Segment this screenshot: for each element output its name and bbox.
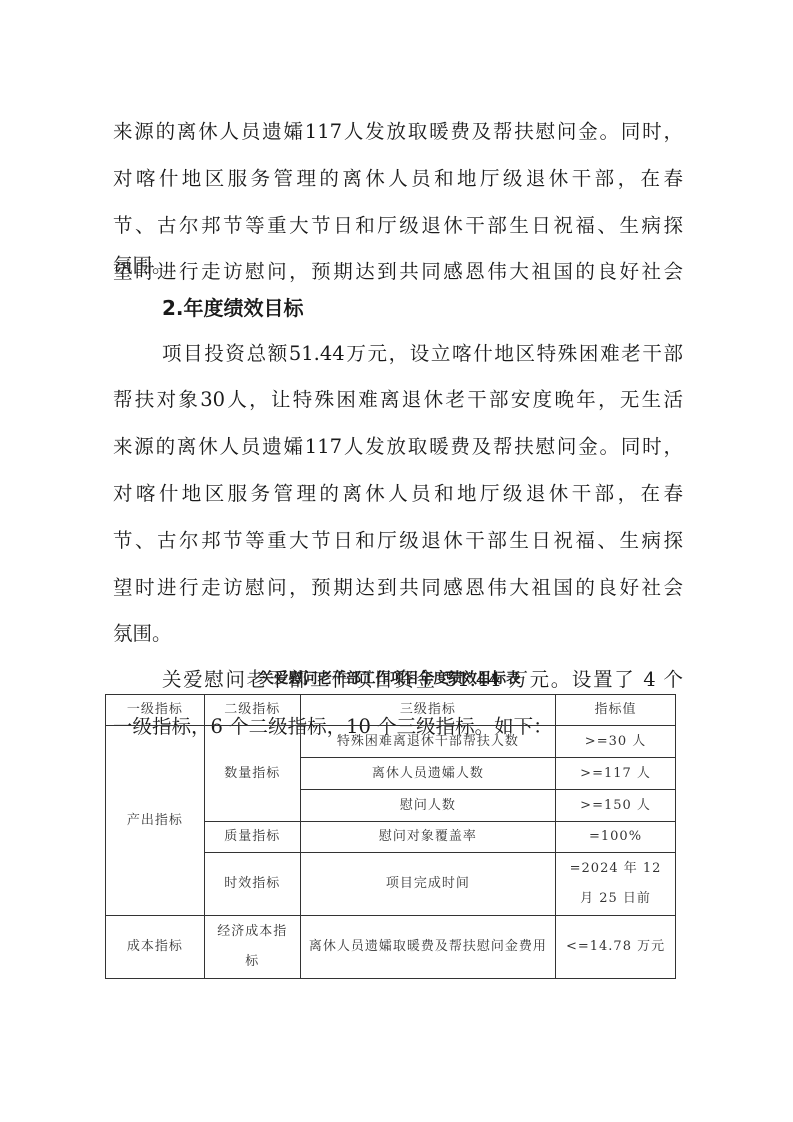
performance-target-table: 一级指标 二级指标 三级指标 指标值 产出指标 数量指标 特殊困难离退休干部帮扶… — [105, 694, 676, 979]
body-text-line: 氛围。 — [113, 252, 683, 280]
value-cell: >=117 人 — [556, 758, 676, 790]
body-text-line: 来源的离休人员遗孀117人发放取暖费及帮扶慰问金。同时， — [113, 118, 683, 146]
level2-cell: 数量指标 — [204, 726, 300, 822]
table-row: 成本指标 经济成本指标 离休人员遗孀取暖费及帮扶慰问金费用 <=14.78 万元 — [106, 916, 676, 979]
table-caption: 关爱慰问老干部工作项目年度绩效目标表 — [105, 667, 675, 688]
header-level1: 一级指标 — [106, 695, 205, 726]
header-level3: 三级指标 — [300, 695, 555, 726]
body-text-line: 来源的离休人员遗孀117人发放取暖费及帮扶慰问金。同时， — [113, 433, 683, 461]
header-level2: 二级指标 — [204, 695, 300, 726]
value-cell: =100% — [556, 822, 676, 853]
level1-cell: 成本指标 — [106, 916, 205, 979]
level1-cell: 产出指标 — [106, 726, 205, 916]
section-heading: 2.年度绩效目标 — [162, 294, 304, 322]
body-text-line: 对喀什地区服务管理的离休人员和地厅级退休干部，在春 — [113, 165, 683, 193]
level3-cell: 离休人员遗孀人数 — [300, 758, 555, 790]
body-text-line: 节、古尔邦节等重大节日和厅级退休干部生日祝福、生病探 — [113, 527, 683, 555]
body-text-line: 望时进行走访慰问，预期达到共同感恩伟大祖国的良好社会 — [113, 574, 683, 602]
level3-cell: 慰问对象覆盖率 — [300, 822, 555, 853]
body-text-line: 对喀什地区服务管理的离休人员和地厅级退休干部，在春 — [113, 480, 683, 508]
body-text-line: 氛围。 — [113, 620, 683, 648]
level3-cell: 项目完成时间 — [300, 853, 555, 916]
value-cell: =2024 年 12 月 25 日前 — [556, 853, 676, 916]
level2-cell: 经济成本指标 — [204, 916, 300, 979]
value-cell: >=150 人 — [556, 790, 676, 822]
header-value: 指标值 — [556, 695, 676, 726]
body-text-line: 节、古尔邦节等重大节日和厅级退休干部生日祝福、生病探 — [113, 212, 683, 240]
body-text-line: 项目投资总额51.44万元，设立喀什地区特殊困难老干部 — [162, 340, 683, 368]
table-header-row: 一级指标 二级指标 三级指标 指标值 — [106, 695, 676, 726]
level3-cell: 特殊困难离退休干部帮扶人数 — [300, 726, 555, 758]
body-text-line: 帮扶对象30人，让特殊困难离退休老干部安度晚年，无生活 — [113, 386, 683, 414]
value-cell: >=30 人 — [556, 726, 676, 758]
level3-cell: 离休人员遗孀取暖费及帮扶慰问金费用 — [300, 916, 555, 979]
level2-cell: 质量指标 — [204, 822, 300, 853]
table-row: 产出指标 数量指标 特殊困难离退休干部帮扶人数 >=30 人 — [106, 726, 676, 758]
level2-cell: 时效指标 — [204, 853, 300, 916]
level3-cell: 慰问人数 — [300, 790, 555, 822]
value-cell: <=14.78 万元 — [556, 916, 676, 979]
